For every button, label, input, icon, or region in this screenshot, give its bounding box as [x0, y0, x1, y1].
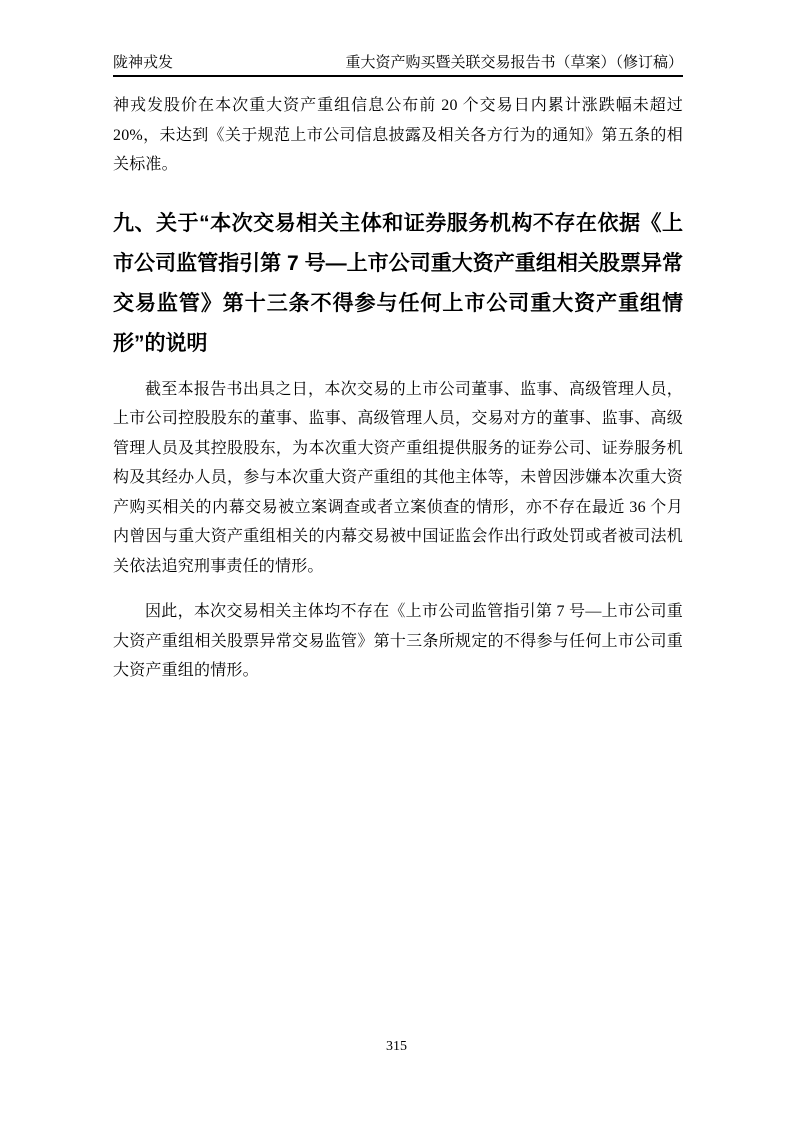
document-page: 陇神戎发 重大资产购买暨关联交易报告书（草案）（修订稿） 神戎发股价在本次重大资…	[0, 0, 793, 1122]
paragraph-continuation: 神戎发股价在本次重大资产重组信息公布前 20 个交易日内累计涨跌幅未超过 20%…	[113, 91, 683, 180]
section-heading-nine: 九、关于“本次交易相关主体和证券服务机构不存在依据《上市公司监管指引第 7 号—…	[113, 204, 683, 364]
page-footer: 315	[0, 1038, 793, 1055]
paragraph-statement: 截至本报告书出具之日，本次交易的上市公司董事、监事、高级管理人员，上市公司控股股…	[113, 375, 683, 582]
document-body: 神戎发股价在本次重大资产重组信息公布前 20 个交易日内累计涨跌幅未超过 20%…	[113, 0, 683, 686]
paragraph-conclusion: 因此，本次交易相关主体均不存在《上市公司监管指引第 7 号—上市公司重大资产重组…	[113, 597, 683, 686]
page-number: 315	[386, 1039, 407, 1054]
